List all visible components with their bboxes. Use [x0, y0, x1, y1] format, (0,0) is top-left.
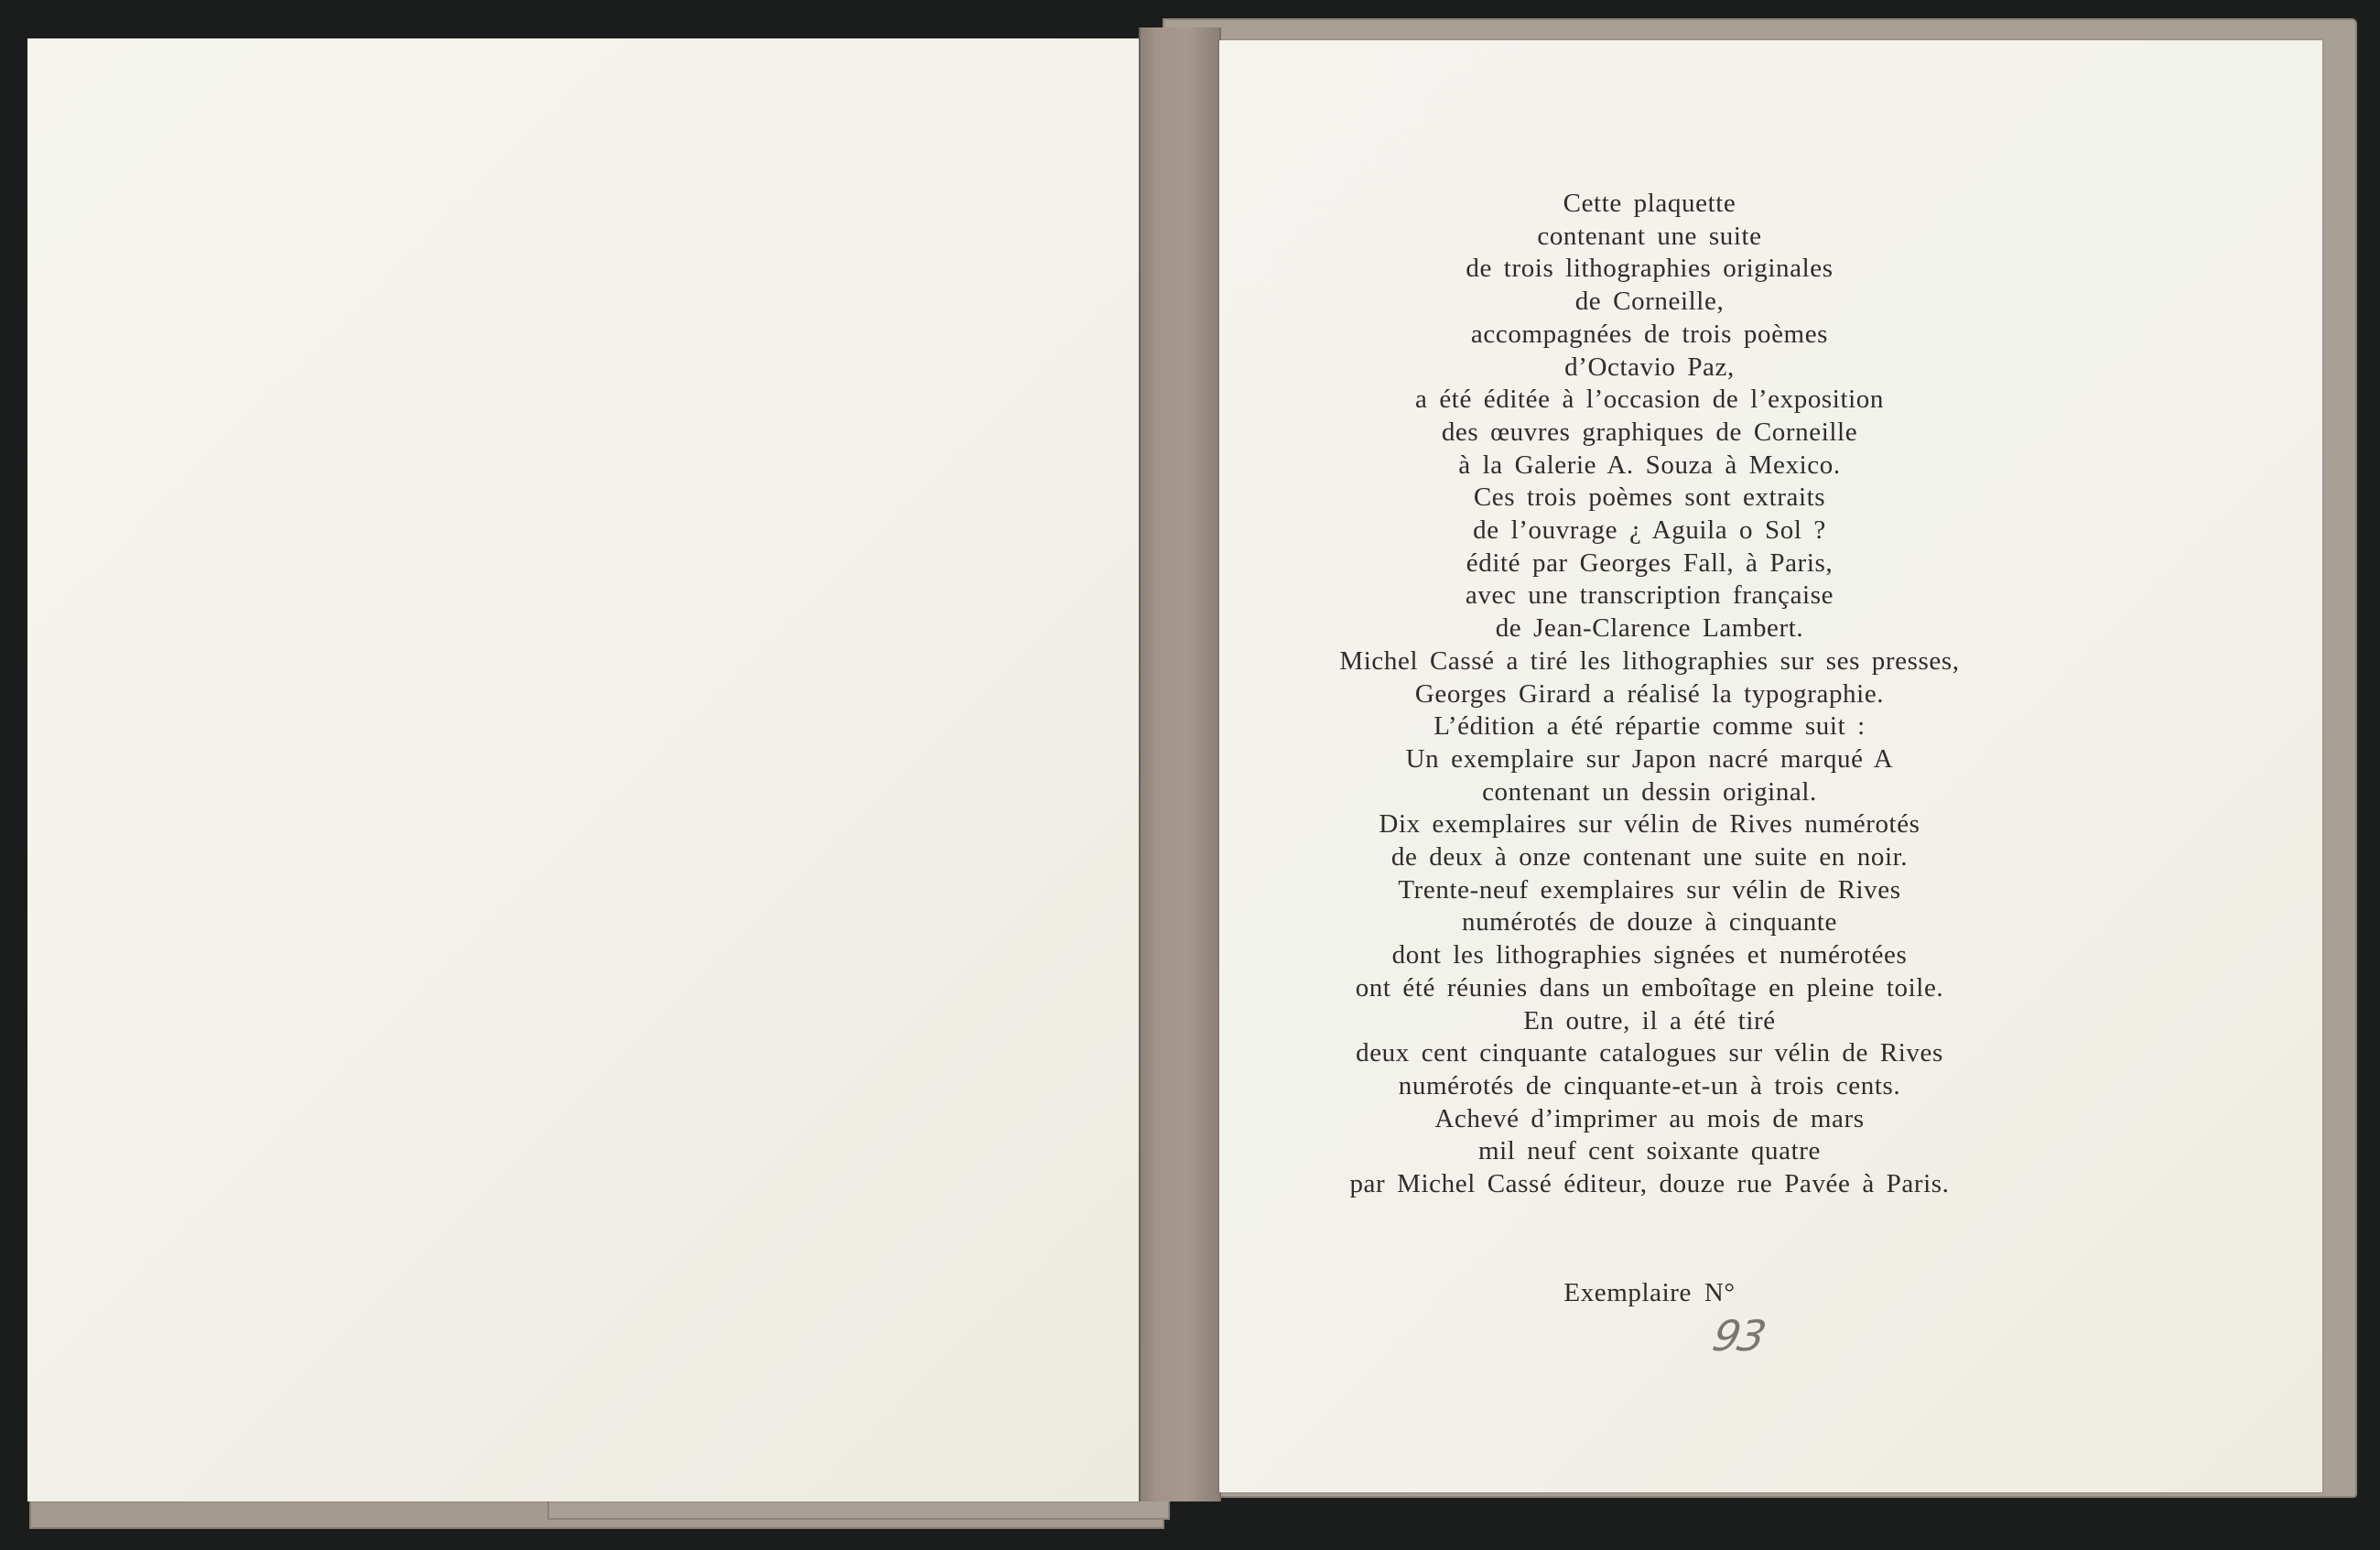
colophon-line: Georges Girard a réalisé la typographie.: [1219, 678, 2080, 711]
colophon-line: contenant un dessin original.: [1219, 776, 2080, 809]
colophon-line: de deux à onze contenant une suite en no…: [1219, 841, 2080, 874]
colophon-line: L’édition a été répartie comme suit :: [1219, 710, 2080, 743]
folder-spine: [1139, 27, 1221, 1501]
colophon-line: à la Galerie A. Souza à Mexico.: [1219, 450, 2080, 482]
colophon-line: d’Octavio Paz,: [1219, 352, 2080, 385]
colophon-line: avec une transcription française: [1219, 580, 2080, 612]
colophon-line: accompagnées de trois poèmes: [1219, 319, 2080, 352]
colophon-line: Trente-neuf exemplaires sur vélin de Riv…: [1219, 874, 2080, 907]
colophon-text: Cette plaquette contenant une suite de t…: [1219, 188, 2080, 1201]
colophon-line: a été éditée à l’occasion de l’expositio…: [1219, 384, 2080, 417]
colophon-line: édité par Georges Fall, à Paris,: [1219, 547, 2080, 580]
colophon-line: Ces trois poèmes sont extraits: [1219, 482, 2080, 515]
colophon-line: numérotés de douze à cinquante: [1219, 906, 2080, 939]
colophon-line: dont les lithographies signées et numéro…: [1219, 939, 2080, 972]
colophon-line: Michel Cassé a tiré les lithographies su…: [1219, 645, 2080, 678]
colophon-line: de trois lithographies originales: [1219, 253, 2080, 286]
colophon-line: de Corneille,: [1219, 286, 2080, 319]
colophon-line: Cette plaquette: [1219, 188, 2080, 221]
colophon-line: de Jean-Clarence Lambert.: [1219, 612, 2080, 645]
colophon-line: par Michel Cassé éditeur, douze rue Pavé…: [1219, 1168, 2080, 1201]
copy-number-label: Exemplaire N°: [1219, 1278, 2080, 1308]
colophon-line: Un exemplaire sur Japon nacré marqué A: [1219, 743, 2080, 776]
colophon-line: deux cent cinquante catalogues sur vélin…: [1219, 1037, 2080, 1070]
colophon-line: des œuvres graphiques de Corneille: [1219, 417, 2080, 450]
colophon-line: En outre, il a été tiré: [1219, 1005, 2080, 1038]
colophon-line: Dix exemplaires sur vélin de Rives numér…: [1219, 808, 2080, 841]
colophon-line: ont été réunies dans un emboîtage en ple…: [1219, 972, 2080, 1005]
colophon-line: de l’ouvrage ¿ Aguila o Sol ?: [1219, 515, 2080, 547]
colophon-line: Achevé d’imprimer au mois de mars: [1219, 1103, 2080, 1136]
colophon-line: contenant une suite: [1219, 221, 2080, 254]
left-page-blank: [27, 38, 1139, 1501]
colophon-line: numérotés de cinquante-et-un à trois cen…: [1219, 1070, 2080, 1103]
colophon-line: mil neuf cent soixante quatre: [1219, 1135, 2080, 1168]
handwritten-copy-number: 93: [1708, 1311, 1791, 1360]
